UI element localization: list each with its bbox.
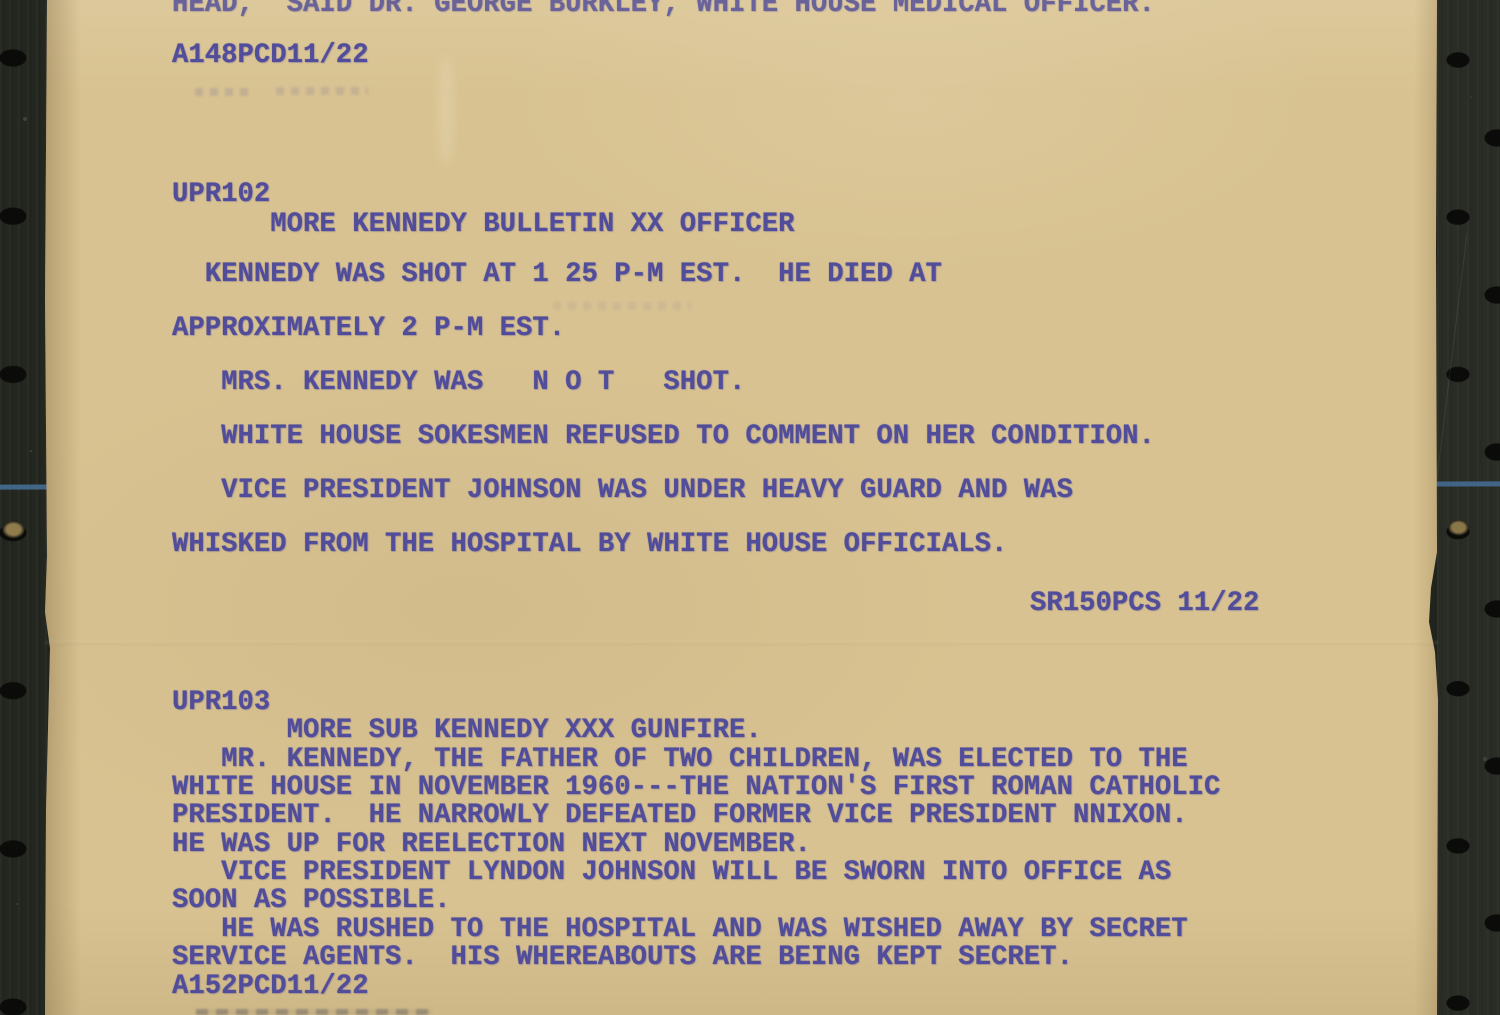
body-line: VICE PRESIDENT LYNDON JOHNSON WILL BE SW… — [172, 859, 1171, 886]
item-id-upr103: UPR103 — [172, 689, 270, 716]
body-line: SERVICE AGENTS. HIS WHEREABOUTS ARE BEIN… — [172, 944, 1073, 971]
wire-id-sr150: SR150PCS 11/22 — [1030, 590, 1259, 617]
body-line: VICE PRESIDENT JOHNSON WAS UNDER HEAVY G… — [172, 477, 1073, 504]
sprocket-hole-lit-right — [1446, 518, 1471, 537]
slug-more-sub-kennedy: MORE SUB KENNEDY XXX GUNFIRE. — [172, 717, 762, 744]
item-id-upr102: UPR102 — [172, 181, 270, 208]
body-line: WHISKED FROM THE HOSPITAL BY WHITE HOUSE… — [172, 531, 1007, 558]
wire-id-a152: A152PCD11/22 — [172, 973, 369, 1000]
paper-light-streak — [438, 55, 454, 167]
body-line: PRESIDENT. HE NARROWLY DEFEATED FORMER V… — [172, 802, 1188, 829]
paper-crease — [45, 641, 1438, 645]
body-line: SOON AS POSSIBLE. — [172, 887, 450, 914]
ghost-ink-smudge — [553, 302, 691, 310]
dust-specks — [0, 0, 2, 2]
body-line: HE WAS RUSHED TO THE HOSPITAL AND WAS WI… — [172, 916, 1188, 943]
body-line: WHITE HOUSE IN NOVEMBER 1960---THE NATIO… — [172, 774, 1220, 801]
backing-strip-right — [1437, 0, 1500, 1015]
body-line: WHITE HOUSE SOKESMEN REFUSED TO COMMENT … — [172, 423, 1155, 450]
slug-more-kennedy: MORE KENNEDY BULLETIN XX OFFICER — [172, 211, 794, 238]
backing-strip-left — [0, 0, 47, 1015]
sprocket-hole-lit-left — [0, 519, 27, 540]
ghost-ink-smudge — [276, 87, 368, 95]
body-line: MR. KENNEDY, THE FATHER OF TWO CHILDREN,… — [172, 746, 1188, 773]
body-line: KENNEDY WAS SHOT AT 1 25 P-M EST. HE DIE… — [172, 261, 942, 288]
body-line: MRS. KENNEDY WAS N O T SHOT. — [172, 369, 745, 396]
teletype-scan-page: { "document": { "kind": "teletype wire c… — [0, 0, 1500, 1015]
cutoff-top-line: HEAD, SAID DR. GEORGE BURKLEY, WHITE HOU… — [172, 0, 1155, 18]
body-line: HE WAS UP FOR REELECTION NEXT NOVEMBER. — [172, 831, 811, 858]
bottom-cutoff-smudge — [196, 1009, 432, 1015]
body-line: APPROXIMATELY 2 P-M EST. — [172, 315, 565, 342]
wire-id-a148: A148PCD11/22 — [172, 42, 369, 69]
ghost-ink-smudge — [195, 88, 250, 96]
